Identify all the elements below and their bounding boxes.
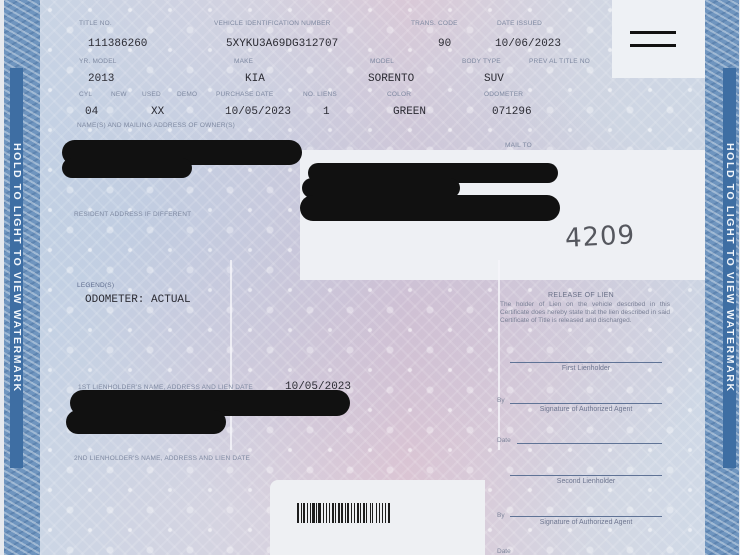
by-label-2: By — [497, 512, 505, 519]
state-watermark-outline — [230, 260, 500, 450]
first-lienholder-caption: First Lienholder — [510, 365, 662, 372]
yr-model-label: YR. MODEL — [79, 58, 117, 65]
cyl-value: 04 — [85, 106, 98, 118]
resident-address-label: RESIDENT ADDRESS IF DIFFERENT — [74, 211, 191, 218]
title-no-label: TITLE NO. — [79, 20, 112, 27]
signature-caption-2: Signature of Authorized Agent — [510, 519, 662, 526]
purchase-date-label: PURCHASE DATE — [216, 91, 273, 98]
signature-line-1 — [510, 403, 662, 404]
redacted-first-lienholder-address — [66, 410, 226, 434]
cyl-label: CYL — [79, 91, 92, 98]
redacted-owner-address — [62, 158, 192, 178]
make-label: MAKE — [234, 58, 253, 65]
date-issued-label: DATE ISSUED — [497, 20, 542, 27]
barcode — [297, 503, 445, 523]
handwritten-note: 4209 — [564, 220, 636, 254]
marker-line — [630, 31, 676, 34]
new-label: NEW — [111, 91, 127, 98]
mail-to-label: MAIL TO — [505, 142, 532, 149]
legends-value: ODOMETER: ACTUAL — [85, 294, 191, 306]
watermark-notice-right: HOLD TO LIGHT TO VIEW WATERMARK — [723, 68, 736, 468]
first-lienholder-line — [510, 362, 662, 363]
used-value: XX — [151, 106, 164, 118]
body-type-value: SUV — [484, 73, 504, 85]
used-label: USED — [142, 91, 161, 98]
redacted-mail-to-city — [300, 195, 560, 221]
odometer-label: ODOMETER — [484, 91, 523, 98]
odometer-value: 071296 — [492, 106, 532, 118]
legends-label: LEGEND(S) — [77, 282, 114, 289]
yr-model-value: 2013 — [88, 73, 114, 85]
date-label-2: Date — [497, 548, 511, 555]
signature-line-2 — [510, 516, 662, 517]
watermark-notice-left: HOLD TO LIGHT TO VIEW WATERMARK — [10, 68, 23, 468]
signature-caption-1: Signature of Authorized Agent — [510, 406, 662, 413]
owner-name-label: NAME(S) AND MAILING ADDRESS OF OWNER(S) — [77, 122, 235, 129]
date-issued-value: 10/06/2023 — [495, 38, 561, 50]
vin-label: VEHICLE IDENTIFICATION NUMBER — [214, 20, 331, 27]
marker-line — [630, 44, 676, 47]
date-line-1 — [517, 443, 662, 444]
body-type-label: BODY TYPE — [462, 58, 501, 65]
release-of-lien-text: The holder of Lien on the vehicle descri… — [500, 301, 670, 325]
no-liens-label: NO. LIENS — [303, 91, 337, 98]
left-security-border: HOLD TO LIGHT TO VIEW WATERMARK — [0, 0, 40, 555]
model-label: MODEL — [370, 58, 394, 65]
second-lienholder-caption: Second Lienholder — [510, 478, 662, 485]
by-label-1: By — [497, 397, 505, 404]
right-security-border: HOLD TO LIGHT TO VIEW WATERMARK — [705, 0, 740, 555]
title-no-value: 111386260 — [88, 38, 147, 50]
model-value: SORENTO — [368, 73, 414, 85]
date-label-1: Date — [497, 437, 511, 444]
top-right-blank-area — [612, 0, 705, 78]
make-value: KIA — [245, 73, 265, 85]
color-value: GREEN — [393, 106, 426, 118]
vin-value: 5XYKU3A69DG312707 — [226, 38, 338, 50]
trans-code-label: TRANS. CODE — [411, 20, 458, 27]
demo-label: DEMO — [177, 91, 197, 98]
color-label: COLOR — [387, 91, 411, 98]
no-liens-value: 1 — [323, 106, 330, 118]
second-lienholder-label: 2ND LIENHOLDER'S NAME, ADDRESS AND LIEN … — [74, 455, 250, 462]
prev-title-no-label: PREV AL TITLE NO — [529, 58, 590, 65]
release-of-lien-title: RELEASE OF LIEN — [548, 292, 614, 299]
purchase-date-value: 10/05/2023 — [225, 106, 291, 118]
trans-code-value: 90 — [438, 38, 451, 50]
second-lienholder-line — [510, 475, 662, 476]
